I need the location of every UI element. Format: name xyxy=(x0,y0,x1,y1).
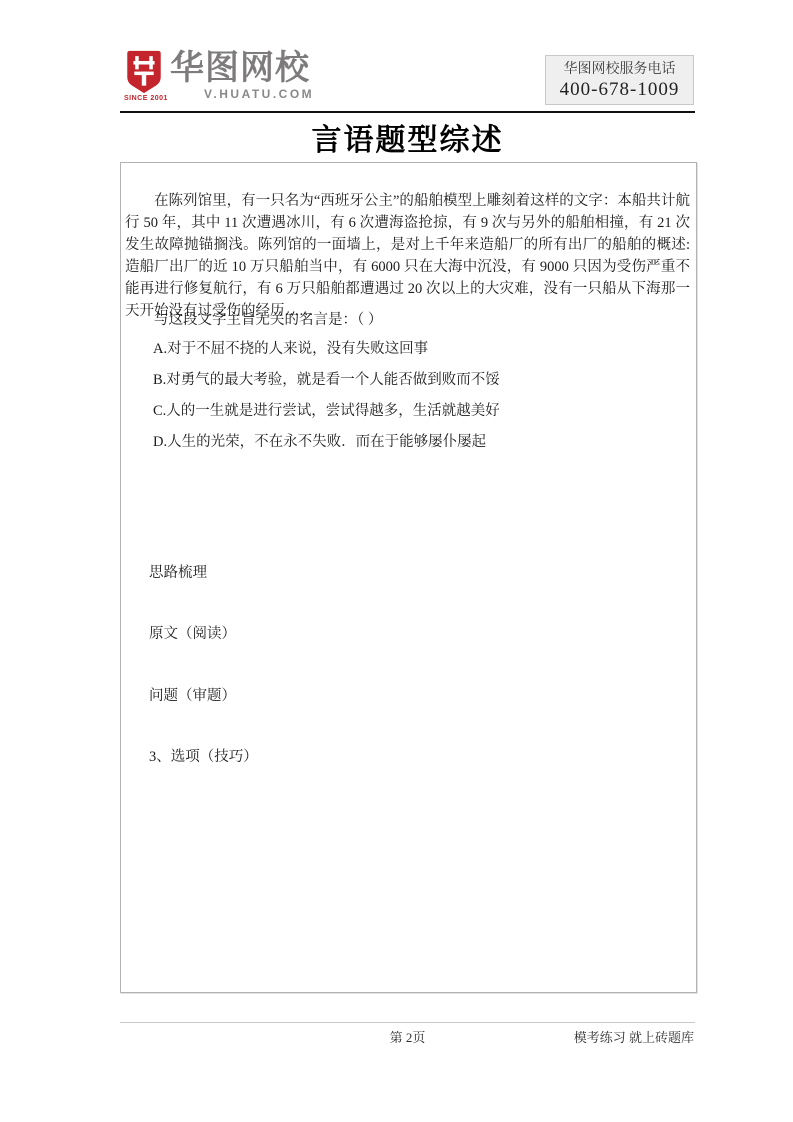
option-b: B.对勇气的最大考验，就是看一个人能否做到败而不馁 xyxy=(153,370,690,390)
reading-passage: 在陈列馆里，有一只名为“西班牙公主”的船舶模型上雕刻着这样的文字：本船共计航行 … xyxy=(125,190,690,322)
section-label-wenti: 问题（审题） xyxy=(149,684,236,705)
option-c: C.人的一生就是进行尝试，尝试得越多，生活就越美好 xyxy=(153,401,690,421)
section-label-yuanwen: 原文（阅读） xyxy=(149,622,236,643)
option-a: A.对于不屈不挠的人来说，没有失败这回事 xyxy=(153,339,690,359)
question-stem: 与这段文字主旨无关的名言是：（ ） xyxy=(125,310,690,330)
brand-domain: V.HUATU.COM xyxy=(170,87,314,101)
logo-brand-block: 华图网校 V.HUATU.COM xyxy=(170,50,314,101)
brand-name: 华图网校 xyxy=(170,50,314,86)
service-phone-box: 华图网校服务电话 400-678-1009 xyxy=(545,55,694,105)
section-label-xuanxiang: 3、选项（技巧） xyxy=(149,745,258,766)
logo-shield: SINCE 2001 xyxy=(124,50,164,102)
document-page: SINCE 2001 华图网校 V.HUATU.COM 华图网校服务电话 400… xyxy=(0,0,793,1122)
section-label-silumli: 思路梳理 xyxy=(149,561,207,582)
huatu-logo: SINCE 2001 华图网校 V.HUATU.COM xyxy=(124,50,314,102)
option-d: D.人生的光荣，不在永不失败．而在于能够屡仆屡起 xyxy=(153,432,690,452)
service-phone-number: 400-678-1009 xyxy=(546,79,693,101)
footer-slogan: 模考练习 就上砖题库 xyxy=(574,1027,694,1046)
logo-since-text: SINCE 2001 xyxy=(124,95,164,102)
service-phone-label: 华图网校服务电话 xyxy=(546,61,693,79)
huatu-shield-icon xyxy=(126,50,162,94)
footer-divider xyxy=(120,1022,695,1023)
header-divider xyxy=(120,111,695,113)
page-title: 言语题型综述 xyxy=(120,115,695,159)
content-box: 在陈列馆里，有一只名为“西班牙公主”的船舶模型上雕刻着这样的文字：本船共计航行 … xyxy=(120,162,697,993)
